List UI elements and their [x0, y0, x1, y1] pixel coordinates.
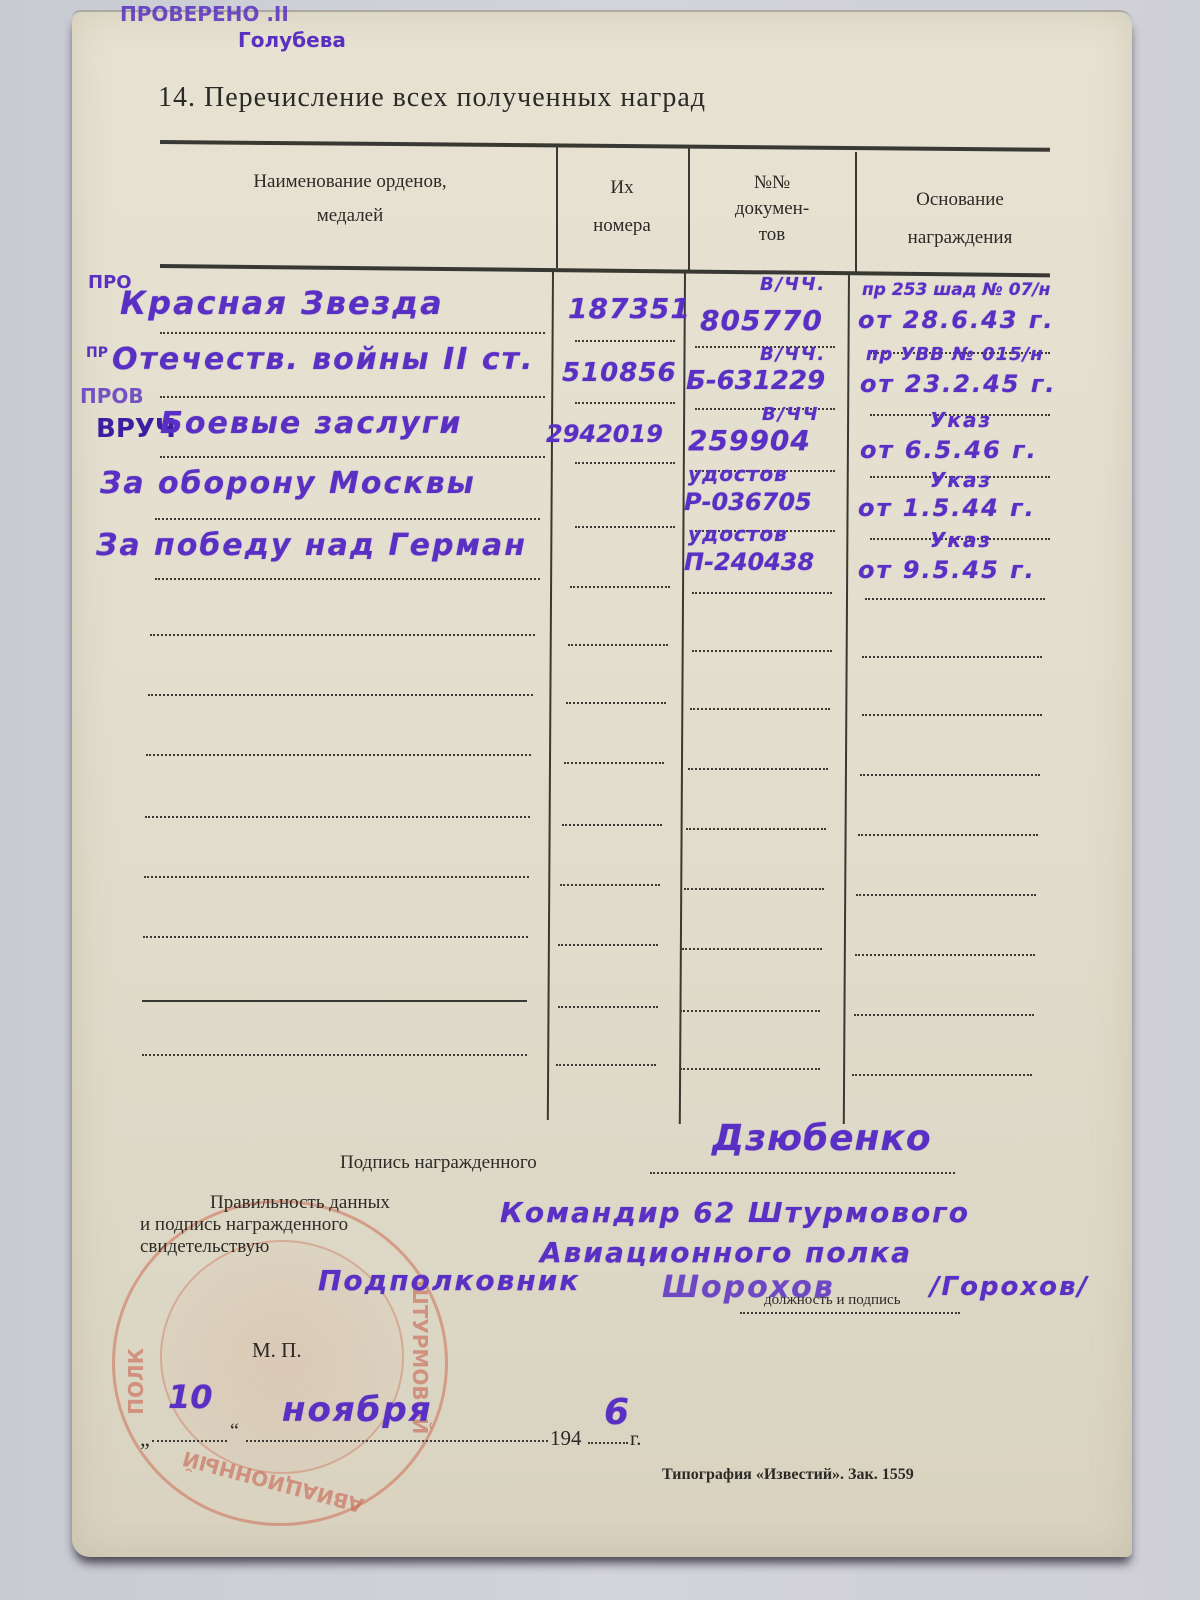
blank-row-rule	[556, 1064, 656, 1066]
document-series: В/ЧЧ.	[760, 274, 826, 295]
blank-row-rule	[690, 708, 830, 710]
blank-row-rule	[684, 888, 824, 890]
date-day: 10	[168, 1378, 213, 1416]
award-name: Боевые заслуги	[160, 406, 462, 441]
blank-row-rule	[148, 694, 533, 696]
col-divider	[556, 146, 558, 268]
row-rule	[692, 592, 832, 594]
basis-order: Указ	[930, 408, 992, 432]
document-number: 805770	[700, 304, 823, 337]
row-rule	[865, 598, 1045, 600]
blank-row-rule	[560, 884, 660, 886]
date-year-line	[588, 1442, 628, 1444]
blank-row-rule	[142, 1054, 527, 1056]
blank-row-rule	[680, 1010, 820, 1012]
award-name: Отечеств. войны II ст.	[112, 342, 534, 377]
blank-row-rule	[682, 948, 822, 950]
stamp-checked-name: Голубева	[238, 28, 346, 52]
date-month-line	[246, 1440, 548, 1442]
section-title: 14. Перечисление всех полученных наград	[158, 82, 706, 114]
date-year-prefix: 194	[550, 1426, 582, 1451]
header-numbers: Их номера	[562, 174, 682, 240]
row-rule	[155, 578, 540, 580]
stamp-checked-line1: ПРОВЕРЕНО .II	[120, 2, 289, 26]
awardee-signature: Дзюбенко	[712, 1118, 932, 1159]
position-signature-caption: должность и подпись	[764, 1292, 901, 1309]
row-rule	[160, 396, 545, 398]
margin-stamp: ПР	[86, 345, 108, 361]
awardee-signature-label: Подпись награжденного	[340, 1152, 537, 1174]
blank-row-rule	[856, 894, 1036, 896]
blank-row-rule	[680, 1068, 820, 1070]
blank-row-rule	[564, 762, 664, 764]
col-divider	[855, 152, 857, 274]
row-rule	[575, 462, 675, 464]
row-rule	[570, 586, 670, 588]
document-number: Р-036705	[684, 488, 812, 516]
award-name: Красная Звезда	[120, 284, 444, 322]
row-rule	[160, 332, 545, 334]
quote-close: “	[230, 1420, 239, 1443]
basis-order: пр УВВ № 015/н	[866, 344, 1044, 365]
document-series: В/ЧЧ.	[760, 344, 826, 365]
document-number: Б-631229	[686, 366, 825, 396]
row-rule	[575, 402, 675, 404]
basis-date: от 1.5.44 г.	[858, 494, 1036, 522]
row-rule	[155, 518, 540, 520]
printer-imprint: Типография «Известий». Зак. 1559	[662, 1466, 914, 1484]
blank-row-rule	[146, 754, 531, 756]
award-name: За победу над Герман	[96, 528, 527, 563]
date-year-suffix: 6	[604, 1392, 629, 1433]
certification-label: и подпись награжденного	[140, 1214, 348, 1236]
seal-ring-text: ПОЛК	[124, 1348, 148, 1415]
basis-date: от 23.2.45 г.	[860, 370, 1057, 398]
commander-rank: Подполковник	[318, 1264, 580, 1297]
award-name: За оборону Москвы	[100, 466, 476, 501]
document-series: удостов	[688, 462, 788, 486]
seal-place-label: М. П.	[252, 1338, 302, 1363]
basis-order: Указ	[930, 468, 992, 492]
basis-date: от 28.6.43 г.	[858, 306, 1055, 334]
blank-row-rule	[558, 944, 658, 946]
header-documents: №№ докумен- тов	[694, 170, 850, 248]
blank-row-rule	[686, 828, 826, 830]
signature-line	[740, 1312, 960, 1314]
certification-label: Правильность данных	[210, 1192, 390, 1214]
blank-row-rule	[150, 634, 535, 636]
blank-row-rule	[862, 656, 1042, 658]
commander-title: Командир 62 Штурмового	[500, 1196, 970, 1229]
date-year-unit: г.	[630, 1426, 642, 1451]
blank-row-rule	[145, 816, 530, 818]
blank-row-rule	[854, 1014, 1034, 1016]
award-number: 510856	[562, 358, 677, 388]
blank-row-rule	[144, 876, 529, 878]
header-basis: Основание награждения	[860, 186, 1060, 252]
quote-open: „	[140, 1426, 150, 1452]
col-divider	[688, 148, 690, 270]
blank-row-rule	[855, 954, 1035, 956]
commander-unit: Авиационного полка	[540, 1236, 912, 1269]
blank-row-rule	[858, 834, 1038, 836]
document-series: удостов	[688, 522, 788, 546]
award-number: 187351	[568, 292, 691, 325]
blank-row-rule	[566, 702, 666, 704]
signature-line	[650, 1172, 955, 1174]
blank-row-rule	[562, 824, 662, 826]
blank-row-rule	[143, 936, 528, 938]
basis-date: от 9.5.45 г.	[858, 556, 1036, 584]
blank-row-rule	[558, 1006, 658, 1008]
margin-stamp: ПРОВ	[80, 384, 144, 408]
blank-row-rule	[688, 768, 828, 770]
row-rule	[575, 526, 675, 528]
blank-row-rule	[862, 714, 1042, 716]
document-number: 259904	[688, 424, 811, 457]
basis-order: Указ	[930, 528, 992, 552]
header-award-name: Наименование орденов, медалей	[180, 168, 520, 230]
award-number: 2942019	[546, 420, 663, 448]
blank-row-rule	[142, 1000, 527, 1002]
basis-date: от 6.5.46 г.	[860, 436, 1038, 464]
document-number: П-240438	[684, 548, 814, 576]
commander-name: /Горохов/	[930, 1272, 1089, 1302]
blank-row-rule	[568, 644, 668, 646]
certification-label: свидетельствую	[140, 1236, 269, 1258]
document-series: В/ЧЧ	[762, 404, 819, 425]
basis-order: пр 253 шад № 07/н	[862, 280, 1050, 300]
date-month: ноября	[282, 1390, 433, 1430]
blank-row-rule	[852, 1074, 1032, 1076]
date-day-line	[152, 1440, 227, 1442]
row-rule	[160, 456, 545, 458]
row-rule	[575, 340, 675, 342]
blank-row-rule	[692, 650, 832, 652]
blank-row-rule	[860, 774, 1040, 776]
